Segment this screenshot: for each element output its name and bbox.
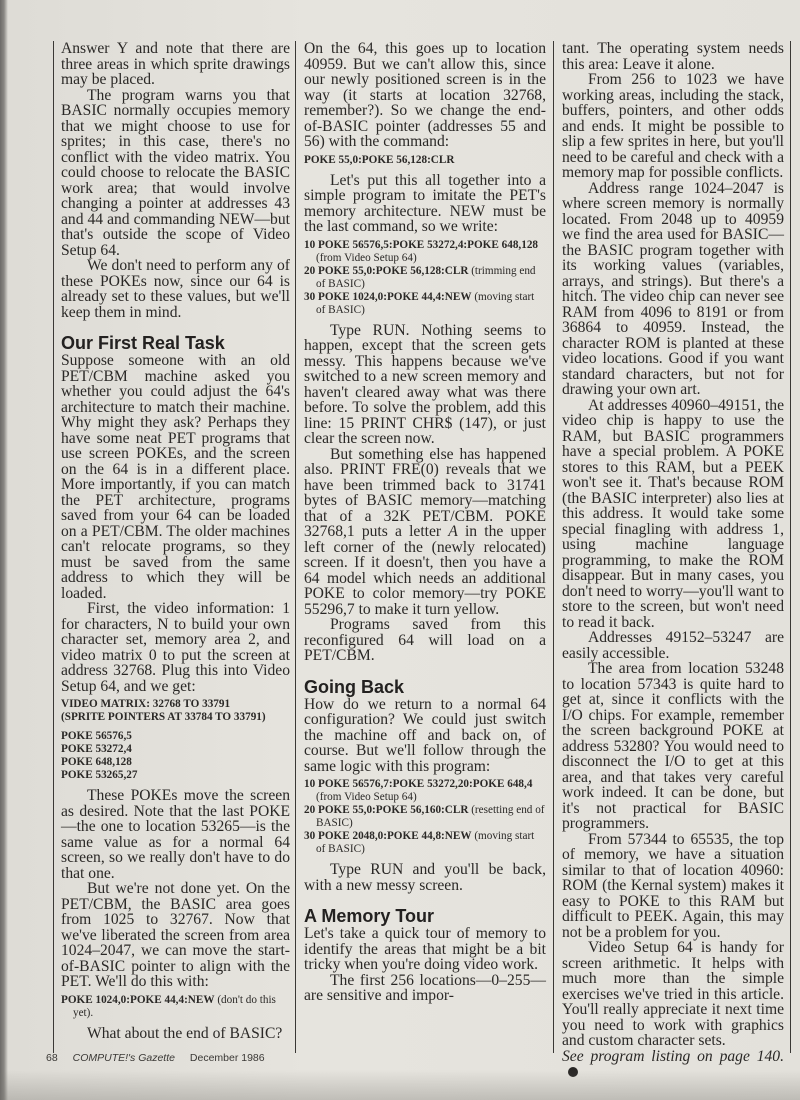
paragraph: Programs saved from this reconfigured 64… xyxy=(304,617,546,664)
paragraph: From 256 to 1023 we have working areas, … xyxy=(562,72,784,181)
section-heading-going-back: Going Back xyxy=(304,678,546,696)
code-line: 10 POKE 56576,7:POKE 53272,20:POKE 648,4… xyxy=(304,778,546,804)
paragraph: From 57344 to 65535, the top of memory, … xyxy=(562,832,784,941)
paragraph: Type RUN and you'll be back, with a new … xyxy=(304,862,546,893)
page-footer: 68 COMPUTE!'s Gazette December 1986 xyxy=(46,1052,277,1064)
paragraph: Let's put this all together into a simpl… xyxy=(304,173,546,235)
column-1: Answer Y and note that there are three a… xyxy=(61,41,290,1041)
code-text: POKE 1024,0:POKE 44,4:NEW xyxy=(61,994,215,1006)
program-listing-1: 10 POKE 56576,5:POKE 53272,4:POKE 648,12… xyxy=(304,239,546,317)
code-line: 30 POKE 1024,0:POKE 44,4:NEW (moving sta… xyxy=(304,291,546,317)
program-listing-2: 10 POKE 56576,7:POKE 53272,20:POKE 648,4… xyxy=(304,778,546,856)
paragraph: We don't need to perform any of these PO… xyxy=(61,258,290,320)
column-2: On the 64, this goes up to location 4095… xyxy=(304,41,546,1004)
code-line: POKE 56576,5 xyxy=(61,730,290,743)
code-line: 20 POKE 55,0:POKE 56,160:CLR (resetting … xyxy=(304,804,546,830)
right-margin-rule xyxy=(790,41,791,1053)
listing-reference: See program listing on page 140. xyxy=(562,1049,784,1080)
section-heading-memory-tour: A Memory Tour xyxy=(304,907,546,925)
paragraph: Address range 1024–2047 is where screen … xyxy=(562,181,784,398)
paragraph: tant. The operating system needs this ar… xyxy=(562,41,784,72)
code-line: POKE 53272,4 xyxy=(61,743,290,756)
paragraph: But we're not done yet. On the PET/CBM, … xyxy=(61,881,290,990)
code-line: 20 POKE 55,0:POKE 56,128:CLR (trimming e… xyxy=(304,265,546,291)
paragraph: The first 256 locations—0–255—are sensit… xyxy=(304,973,546,1004)
paragraph: The area from location 53248 to location… xyxy=(562,661,784,832)
column-divider-2 xyxy=(553,41,554,1053)
paragraph: Let's take a quick tour of memory to ide… xyxy=(304,926,546,973)
paragraph: Answer Y and note that there are three a… xyxy=(61,41,290,88)
left-margin-rule xyxy=(53,41,54,1053)
paragraph: At addresses 40960–49151, the video chip… xyxy=(562,398,784,631)
code-line: POKE 53265,27 xyxy=(61,769,290,782)
paragraph: But something else has happened also. PR… xyxy=(304,447,546,618)
issue-date: December 1986 xyxy=(190,1052,265,1064)
code-line: 10 POKE 56576,5:POKE 53272,4:POKE 648,12… xyxy=(304,239,546,265)
code-line: 30 POKE 2048,0:POKE 44,8:NEW (moving sta… xyxy=(304,830,546,856)
code-line: (SPRITE POINTERS AT 33784 TO 33791) xyxy=(61,711,290,724)
poke-listing: POKE 56576,5 POKE 53272,4 POKE 648,128 P… xyxy=(61,730,290,782)
paragraph: Type RUN. Nothing seems to happen, excep… xyxy=(304,323,546,447)
command-line: POKE 55,0:POKE 56,128:CLR xyxy=(304,154,546,167)
magazine-name: COMPUTE!'s Gazette xyxy=(73,1052,175,1064)
code-line: POKE 648,128 xyxy=(61,756,290,769)
command-line: POKE 1024,0:POKE 44,4:NEW (don't do this… xyxy=(61,994,290,1020)
code-line: VIDEO MATRIX: 32768 TO 33791 xyxy=(61,698,290,711)
end-of-article-icon xyxy=(568,1067,578,1077)
code-line: POKE 55,0:POKE 56,128:CLR xyxy=(304,154,546,167)
paragraph: Suppose someone with an old PET/CBM mach… xyxy=(61,353,290,601)
magazine-page: Answer Y and note that there are three a… xyxy=(0,0,800,1100)
paragraph: First, the video information: 1 for char… xyxy=(61,601,290,694)
column-divider-1 xyxy=(295,41,296,1053)
paragraph: On the 64, this goes up to location 4095… xyxy=(304,41,546,150)
paragraph: Video Setup 64 is handy for screen arith… xyxy=(562,940,784,1049)
output-listing: VIDEO MATRIX: 32768 TO 33791 (SPRITE POI… xyxy=(61,698,290,724)
paragraph: How do we return to a normal 64 configur… xyxy=(304,697,546,775)
page-number: 68 xyxy=(46,1052,58,1064)
paragraph: What about the end of BASIC? xyxy=(61,1026,290,1042)
paragraph: Addresses 49152–53247 are easily accessi… xyxy=(562,630,784,661)
column-3: tant. The operating system needs this ar… xyxy=(562,41,784,1080)
paragraph: These POKEs move the screen as desired. … xyxy=(61,788,290,881)
section-heading-first-real-task: Our First Real Task xyxy=(61,334,290,352)
paragraph: The program warns you that BASIC normall… xyxy=(61,88,290,259)
